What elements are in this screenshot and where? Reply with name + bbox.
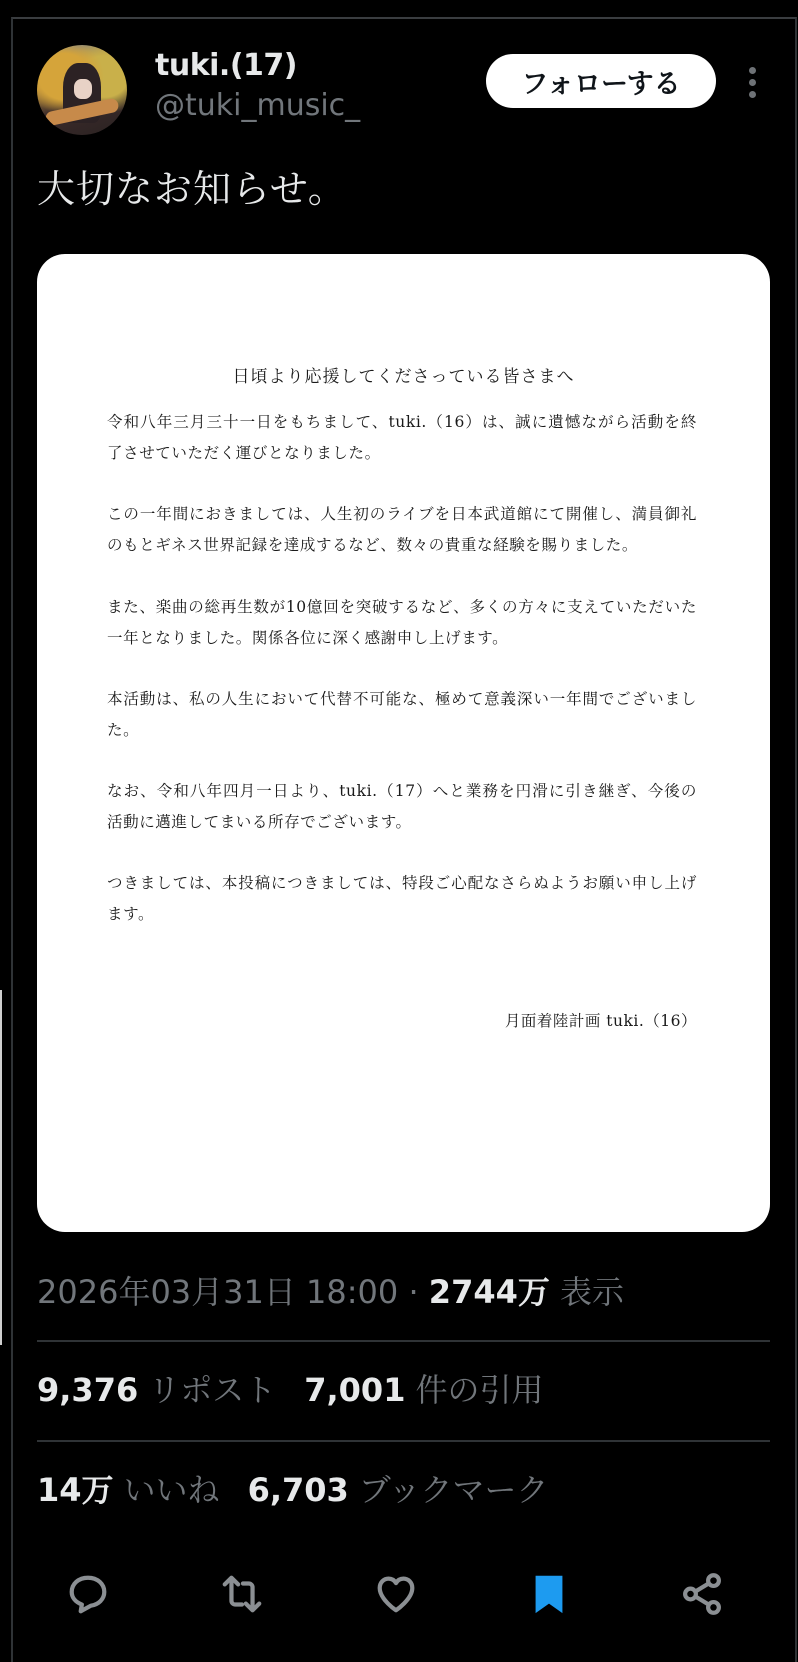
more-options-button[interactable]: [740, 62, 764, 102]
repost-button[interactable]: [216, 1568, 268, 1620]
divider: [37, 1340, 770, 1342]
scroll-indicator[interactable]: [0, 990, 2, 1345]
document-paragraph: なお、令和八年四月一日より、tuki.（17）へと業務を円滑に引き継ぎ、今後の活…: [107, 776, 697, 838]
timestamp[interactable]: 2026年03月31日 18:00: [37, 1273, 398, 1311]
display-name[interactable]: tuki.(17): [155, 48, 297, 83]
avatar[interactable]: [37, 45, 127, 135]
bookmarks-label: ブックマーク: [359, 1465, 549, 1511]
tweet-image[interactable]: 日頃より応援してくださっている皆さまへ 令和八年三月三十一日をもちまして、tuk…: [37, 254, 770, 1232]
meta-separator: ·: [398, 1273, 429, 1311]
document-paragraph: また、楽曲の総再生数が10億回を突破するなど、多くの方々に支えていただいた一年と…: [107, 592, 697, 654]
reply-button[interactable]: [62, 1568, 114, 1620]
repost-icon: [219, 1571, 265, 1617]
avatar-face: [74, 79, 92, 99]
share-button[interactable]: [676, 1568, 728, 1620]
reply-icon: [65, 1571, 111, 1617]
likes-stat[interactable]: 14万 いいね: [37, 1465, 220, 1511]
reposts-count: 9,376: [37, 1371, 138, 1409]
reposts-stat[interactable]: 9,376 リポスト: [37, 1365, 276, 1411]
likes-label: いいね: [124, 1465, 220, 1511]
divider: [37, 1440, 770, 1442]
document-paragraph: この一年間におきましては、人生初のライブを日本武道館にて開催し、満員御礼のもとギ…: [107, 499, 697, 561]
document-title: 日頃より応援してくださっている皆さまへ: [37, 362, 770, 387]
bookmark-button[interactable]: [523, 1568, 575, 1620]
document-paragraph: 令和八年三月三十一日をもちまして、tuki.（16）は、誠に遺憾ながら活動を終了…: [107, 407, 697, 469]
tweet-meta: 2026年03月31日 18:00 · 2744万 表示: [37, 1267, 624, 1313]
bookmark-icon: [526, 1571, 572, 1617]
user-handle[interactable]: @tuki_music_: [155, 88, 360, 123]
bookmarks-stat[interactable]: 6,703 ブックマーク: [248, 1465, 549, 1511]
stats-row-likes: 14万 いいね 6,703 ブックマーク: [37, 1465, 577, 1511]
more-vertical-icon: [749, 79, 756, 86]
reposts-label: リポスト: [148, 1365, 276, 1411]
stats-row-reposts: 9,376 リポスト 7,001 件の引用: [37, 1365, 571, 1411]
action-bar: [0, 1560, 798, 1630]
quotes-stat[interactable]: 7,001 件の引用: [304, 1365, 543, 1411]
document-paragraph: 本活動は、私の人生において代替不可能な、極めて意義深い一年間でございました。: [107, 684, 697, 746]
quotes-count: 7,001: [304, 1371, 405, 1409]
more-vertical-icon: [749, 67, 756, 74]
more-vertical-icon: [749, 91, 756, 98]
document-paragraph: つきましては、本投稿につきましては、特段ご心配なさらぬようお願い申し上げます。: [107, 868, 697, 930]
quotes-label: 件の引用: [415, 1365, 543, 1411]
heart-icon: [373, 1571, 419, 1617]
like-button[interactable]: [370, 1568, 422, 1620]
share-icon: [679, 1571, 725, 1617]
document-signature: 月面着陸計画 tuki.（16）: [505, 1009, 697, 1031]
tweet-text: 大切なお知らせ。: [37, 158, 347, 213]
likes-count: 14万: [37, 1465, 114, 1511]
views-count: 2744万: [429, 1273, 550, 1311]
follow-button[interactable]: フォローする: [486, 54, 716, 108]
bookmarks-count: 6,703: [248, 1471, 349, 1509]
views-label: 表示: [550, 1273, 624, 1311]
